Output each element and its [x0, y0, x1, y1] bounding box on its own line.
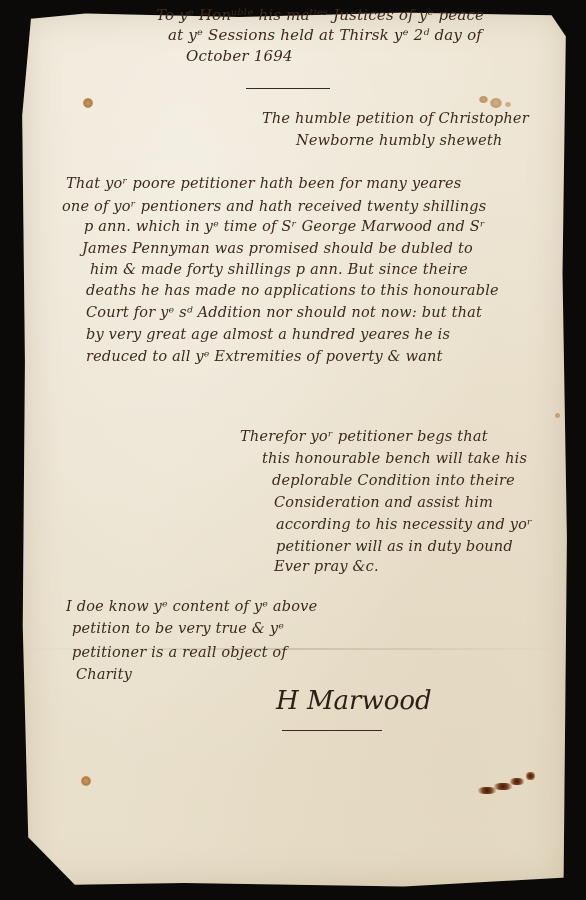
body-line: deaths he has made no applications to th…: [86, 284, 499, 299]
attestation-line: petitioner is a reall object of: [72, 646, 287, 661]
body-line: him & made forty shillings p ann. But si…: [90, 263, 468, 278]
body-line: That yoʳ poore petitioner hath been for …: [66, 177, 461, 192]
body-line: James Pennyman was promised should be du…: [82, 242, 473, 257]
title-line: The humble petition of Christopher: [262, 112, 529, 127]
attestation-line: I doe know yᵉ content of yᵉ above: [66, 600, 317, 615]
attestation-line: petition to be very true & yᵉ: [72, 622, 284, 637]
body-line: by very great age almost a hundred yeare…: [86, 328, 450, 343]
ink-burn-hole: [526, 772, 535, 780]
body-line: Court for yᵉ sᵈ Addition nor should not …: [86, 306, 482, 321]
address-underline: [246, 88, 330, 89]
address-line: To yᵉ Honᵘᵇˡᵉ his maᵗⁱᵉˢ Justices of yᵉ …: [156, 8, 484, 23]
foxing-spot: [490, 98, 502, 108]
foxing-spot: [83, 98, 93, 108]
signature: H Marwood: [276, 686, 432, 716]
prayer-line: Consideration and assist him: [274, 496, 493, 511]
title-line: Newborne humbly sheweth: [296, 134, 502, 149]
signature-flourish: [282, 730, 382, 731]
prayer-line: Ever pray &c.: [274, 560, 379, 575]
foxing-spot: [479, 96, 488, 103]
prayer-line: this honourable bench will take his: [262, 452, 527, 467]
prayer-line: petitioner will as in duty bound: [276, 540, 513, 555]
ink-burn-hole: [510, 778, 524, 785]
address-line: October 1694: [186, 49, 293, 64]
attestation-line: Charity: [76, 668, 132, 683]
address-line: at yᵉ Sessions held at Thirsk yᵉ 2ᵈ day …: [168, 28, 482, 43]
body-line: p ann. which in yᵉ time of Sʳ George Mar…: [84, 220, 485, 235]
ink-burn-hole: [478, 787, 496, 794]
prayer-line: deplorable Condition into theire: [272, 474, 515, 489]
foxing-spot: [81, 776, 91, 786]
prayer-line: according to his necessity and yoʳ: [276, 518, 532, 533]
body-line: reduced to all yᵉ Extremities of poverty…: [86, 350, 443, 365]
foxing-spot: [555, 413, 560, 418]
prayer-line: Therefor yoʳ petitioner begs that: [240, 430, 488, 445]
foxing-spot: [505, 102, 511, 107]
body-line: one of yoʳ pentioners and hath received …: [62, 200, 486, 215]
ink-burn-hole: [494, 783, 512, 790]
